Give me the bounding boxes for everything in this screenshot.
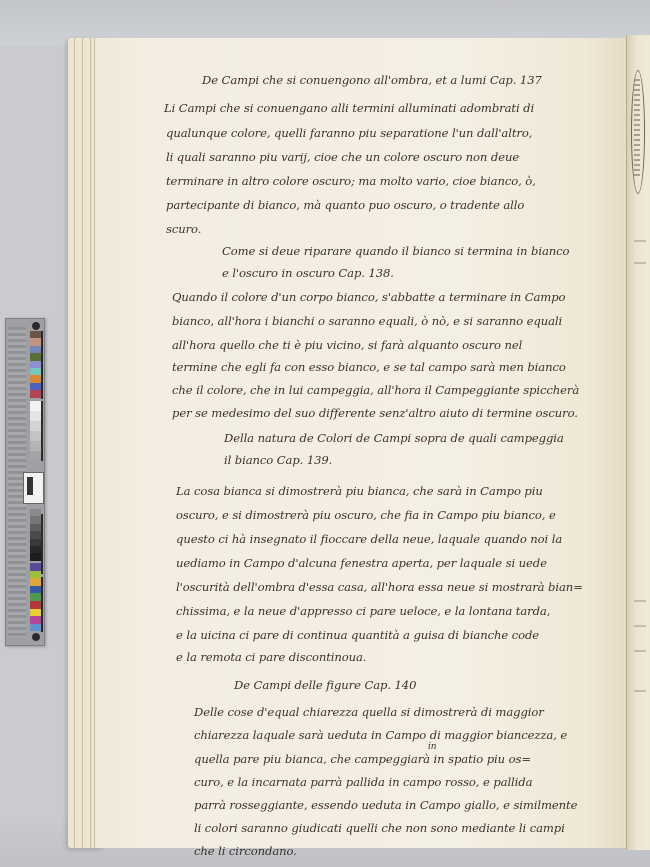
text-line: bianco, all'hora i bianchi o saranno equ…: [172, 314, 562, 328]
card-hole-icon: [32, 322, 40, 330]
color-swatch: [30, 421, 41, 431]
text-line: parrà rosseggiante, essendo ueduta in Ca…: [194, 798, 577, 812]
text-line: chiarezza laquale sarà ueduta in Campo d…: [194, 728, 567, 742]
color-swatch: [30, 368, 41, 375]
manuscript-text: De Campi che si conuengono all'ombra, et…: [94, 38, 626, 848]
text-line: chissima, e la neue d'appresso ci pare u…: [176, 604, 550, 618]
text-line: all'hora quello che ti è piu vicino, si …: [172, 338, 522, 352]
facing-page-text: [634, 690, 646, 692]
color-swatch: [30, 361, 41, 368]
facing-page-text: [634, 625, 646, 627]
facing-page-text: [634, 240, 646, 242]
color-swatch: [30, 441, 41, 451]
chapter-heading-138-cont: e l'oscuro in oscuro Cap. 138.: [222, 266, 394, 280]
color-swatch: [30, 539, 41, 546]
color-swatches-bottom: [30, 563, 41, 631]
color-swatch: [30, 624, 41, 632]
color-swatch: [30, 546, 41, 553]
text-line: La cosa bianca si dimostrerà piu bianca,…: [176, 484, 543, 498]
color-swatch: [30, 451, 41, 461]
color-swatch: [30, 411, 41, 421]
text-line: curo, e la incarnata parrà pallida in ca…: [194, 775, 532, 789]
chapter-heading-138: Come si deue riparare quando il bianco s…: [222, 244, 569, 258]
color-swatch: [30, 431, 41, 441]
color-swatch: [30, 601, 41, 609]
color-swatch: [30, 531, 41, 538]
interlinear-insertion: in: [428, 742, 436, 752]
card-hole-icon: [32, 633, 40, 641]
text-line: terminare in altro colore oscuro; ma mol…: [166, 174, 536, 188]
color-swatch: [30, 553, 41, 560]
text-line: Delle cose d'equal chiarezza quella si d…: [194, 705, 544, 719]
gray-swatches-dark: [30, 509, 41, 561]
text-line: che li circondano.: [194, 844, 297, 858]
color-swatch: [30, 563, 41, 571]
color-swatch: [30, 578, 41, 586]
text-line: e la uicina ci pare di continua quantità…: [176, 628, 539, 642]
text-line: partecipante di bianco, mà quanto puo os…: [166, 198, 524, 212]
color-swatch: [30, 509, 41, 516]
facing-page-text: [634, 262, 646, 264]
color-calibration-card: [5, 318, 45, 646]
chapter-heading-140: De Campi delle figure Cap. 140: [234, 678, 416, 692]
color-swatch: [30, 593, 41, 601]
facing-page-text: [634, 650, 646, 652]
text-line: per se medesimo del suo differente senz'…: [172, 406, 578, 420]
color-swatch: [30, 571, 41, 579]
text-line: Li Campi che si conuengano alli termini …: [164, 101, 534, 115]
color-swatch: [30, 616, 41, 624]
text-line: quella pare piu bianca, che campeggiarà …: [194, 752, 531, 766]
color-swatch: [30, 609, 41, 617]
text-line: li quali saranno piu varij, cioe che un …: [166, 150, 519, 164]
chapter-heading-137: De Campi che si conuengono all'ombra, et…: [202, 73, 542, 87]
color-swatches-top: [30, 331, 41, 398]
text-line: termine che egli fa con esso bianco, e s…: [172, 360, 566, 374]
color-swatch: [30, 390, 41, 397]
text-line: l'oscurità dell'ombra d'essa casa, all'h…: [176, 580, 583, 594]
color-swatch: [30, 353, 41, 360]
library-stamp-icon: [631, 70, 645, 194]
facing-page-text: [634, 600, 646, 602]
color-swatch: [30, 346, 41, 353]
text-line: oscuro, e si dimostrerà piu oscuro, che …: [176, 508, 556, 522]
card-label: [23, 472, 44, 504]
text-line: che il colore, che in lui campeggia, all…: [172, 383, 579, 397]
text-line: questo ci hà insegnato il fioccare della…: [176, 532, 562, 546]
color-swatch: [30, 401, 41, 411]
color-swatch: [30, 383, 41, 390]
text-line: Quando il colore d'un corpo bianco, s'ab…: [172, 290, 565, 304]
chapter-heading-139-cont: il bianco Cap. 139.: [224, 453, 332, 467]
text-line: qualunque colore, quelli faranno piu sep…: [166, 126, 532, 140]
text-line: uediamo in Campo d'alcuna fenestra apert…: [176, 556, 547, 570]
color-swatch: [30, 331, 41, 338]
text-line: li colori saranno giudicati quelli che n…: [194, 821, 565, 835]
color-swatch: [30, 524, 41, 531]
color-swatch: [30, 338, 41, 345]
color-swatch: [30, 516, 41, 523]
color-swatch: [30, 375, 41, 382]
text-line: scuro.: [166, 222, 201, 236]
gray-swatches-light: [30, 401, 41, 461]
chapter-heading-139: Della natura de Colori de Campi sopra de…: [224, 431, 564, 445]
color-swatch: [30, 586, 41, 594]
text-line: e la remota ci pare discontinoua.: [176, 650, 366, 664]
